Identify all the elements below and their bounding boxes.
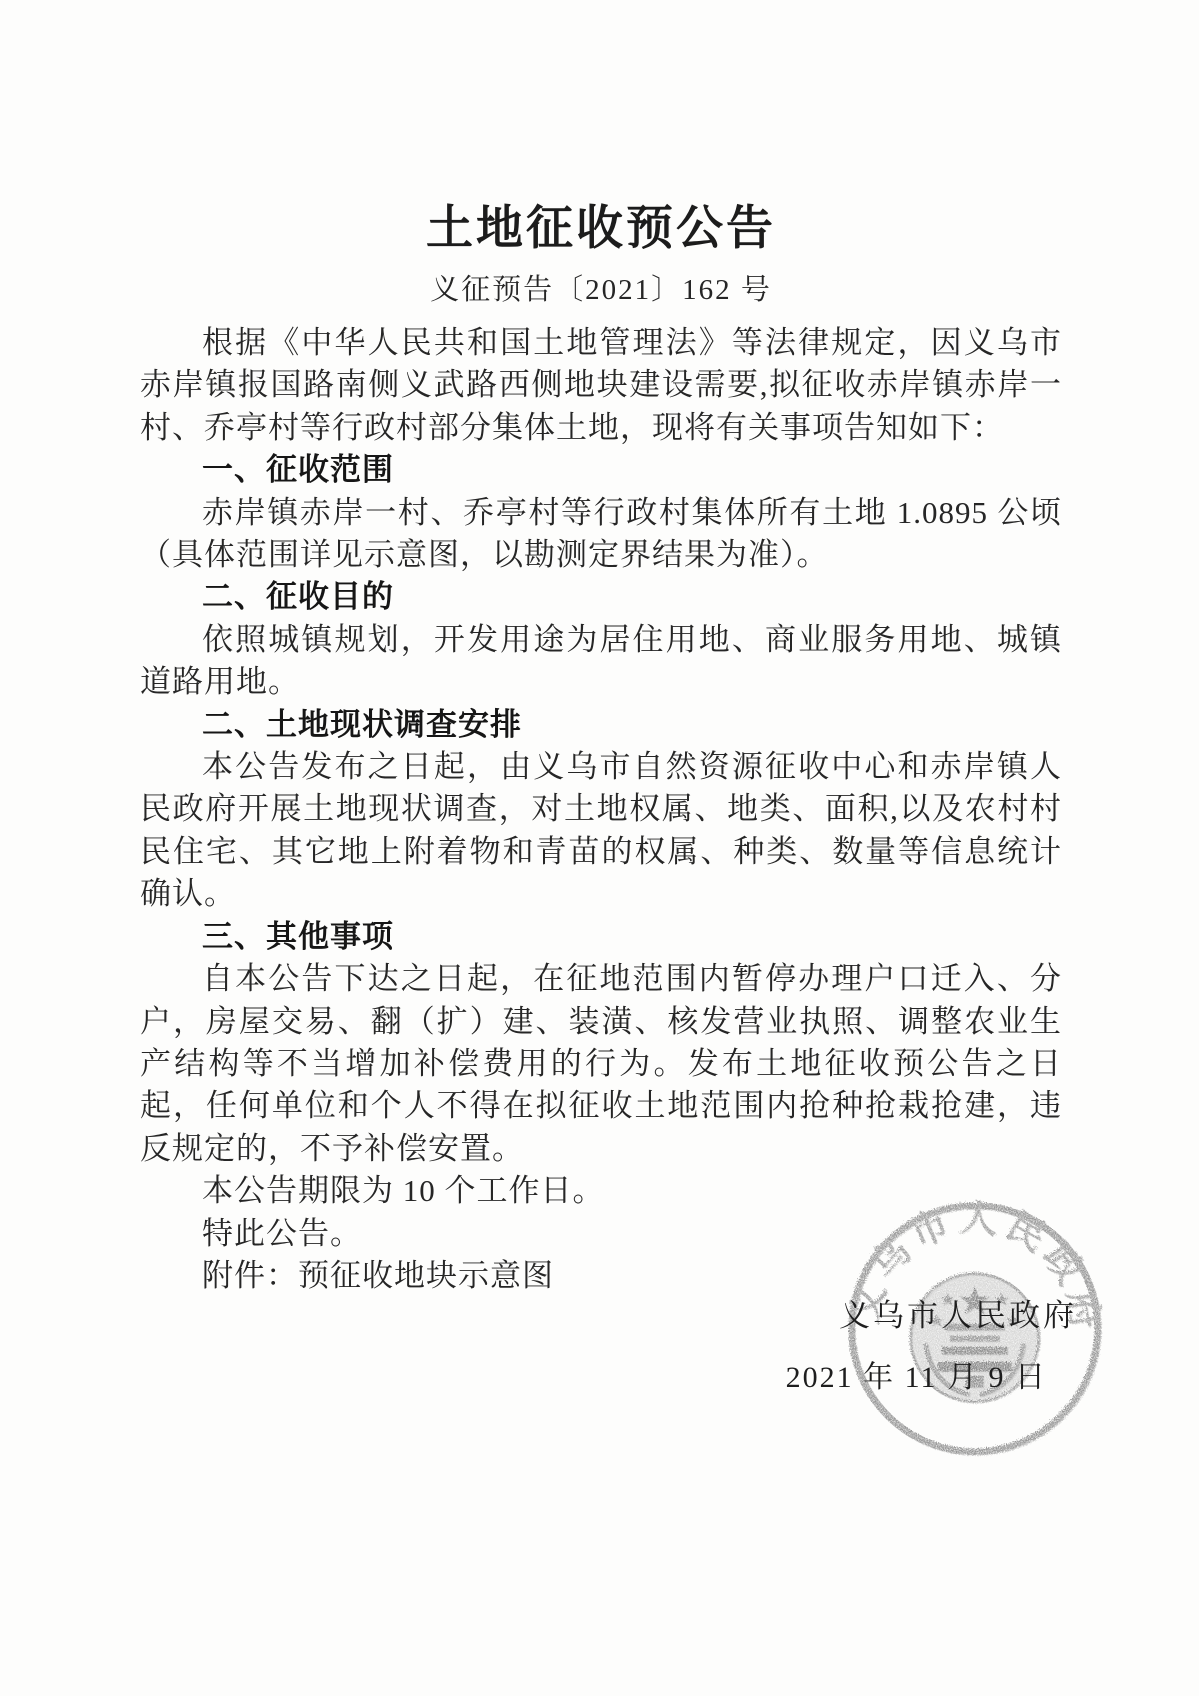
section-1-heading: 一、征收范围	[140, 449, 1062, 491]
doc-number: 义征预告〔2021〕162 号	[140, 272, 1062, 308]
issue-date: 2021 年 11 月 9 日	[786, 1352, 1047, 1396]
section-3-paragraph: 本公告发布之日起，由义乌市自然资源征收中心和赤岸镇人民政府开展土地现状调查，对土…	[140, 746, 1062, 916]
section-2-heading: 二、征收目的	[140, 576, 1062, 618]
page-title: 土地征收预公告	[140, 200, 1062, 258]
section-4-heading: 三、其他事项	[140, 916, 1062, 958]
section-3-heading: 二、土地现状调查安排	[140, 704, 1062, 746]
document-body: 土地征收预公告 义征预告〔2021〕162 号 根据《中华人民共和国土地管理法》…	[140, 200, 1062, 1297]
section-2-paragraph: 依照城镇规划，开发用途为居住用地、商业服务用地、城镇道路用地。	[140, 619, 1062, 704]
issuer-signature: 义乌市人民政府	[839, 1290, 1077, 1335]
announcement-text: 根据《中华人民共和国土地管理法》等法律规定，因义乌市赤岸镇报国路南侧义武路西侧地…	[140, 322, 1062, 1297]
document-page: 土地征收预公告 义征预告〔2021〕162 号 根据《中华人民共和国土地管理法》…	[0, 0, 1199, 1696]
section-1-paragraph: 赤岸镇赤岸一村、乔亭村等行政村集体所有土地 1.0895 公顷（具体范围详见示意…	[140, 492, 1062, 577]
intro-paragraph: 根据《中华人民共和国土地管理法》等法律规定，因义乌市赤岸镇报国路南侧义武路西侧地…	[140, 322, 1062, 449]
section-4-paragraph-1: 自本公告下达之日起，在征地范围内暂停办理户口迁入、分户，房屋交易、翻（扩）建、装…	[140, 958, 1062, 1170]
